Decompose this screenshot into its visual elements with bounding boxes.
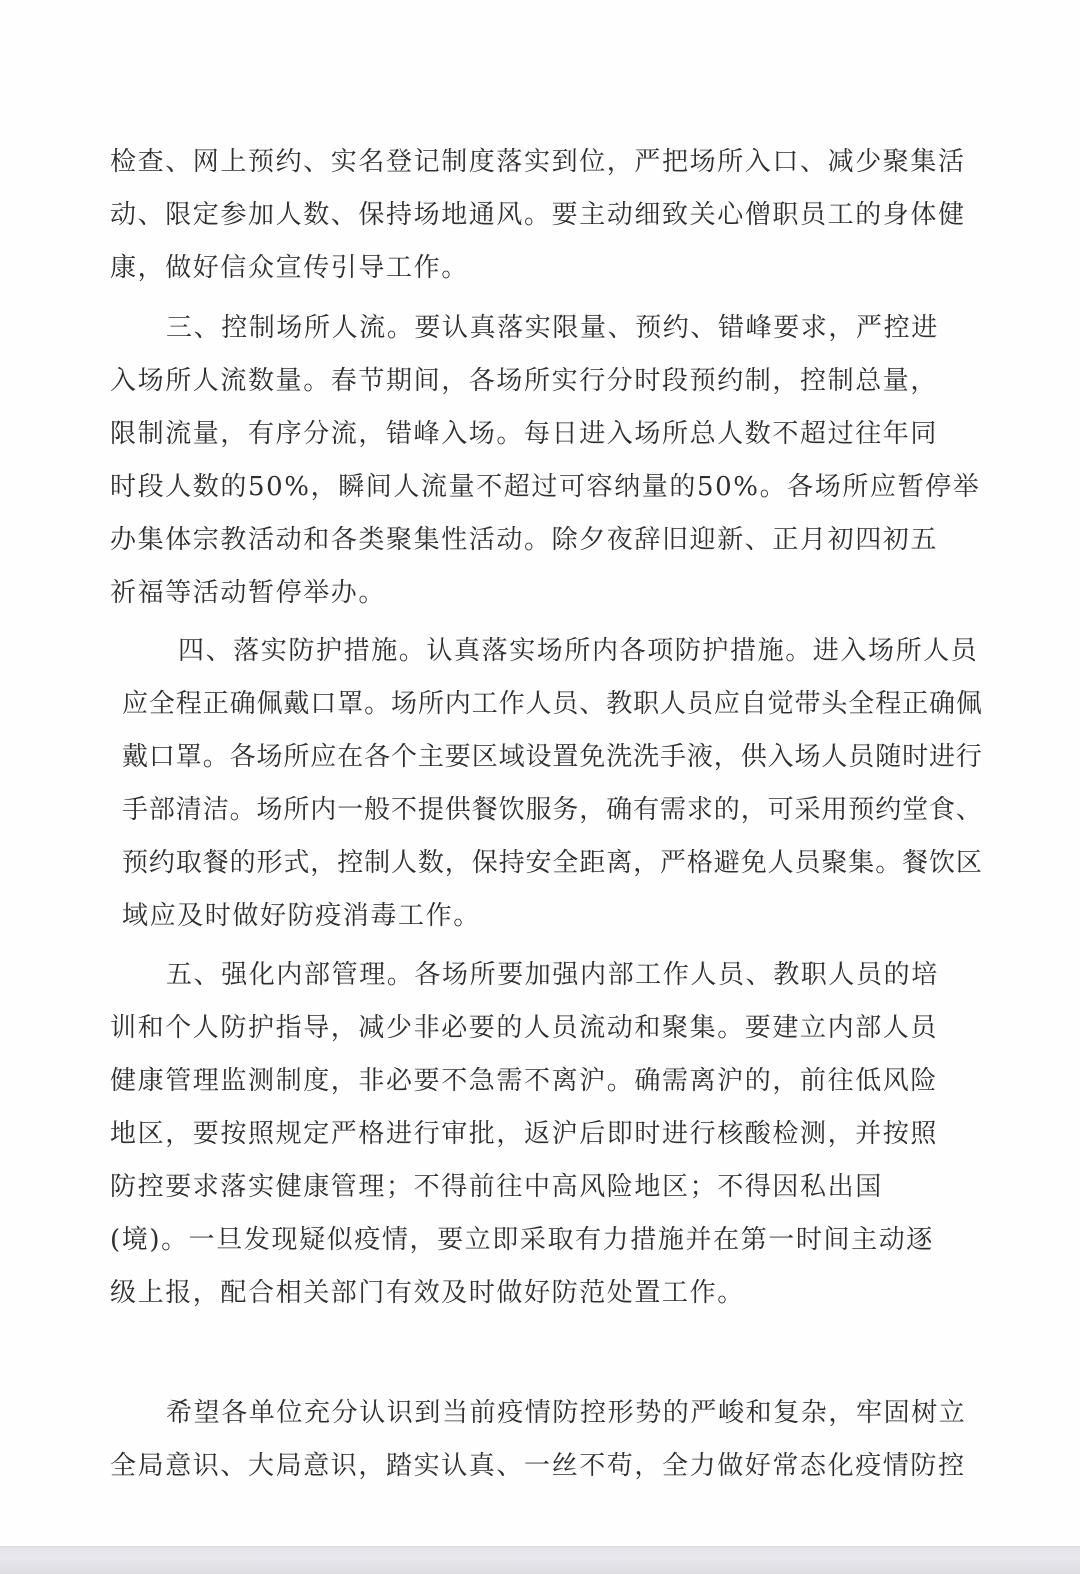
paragraph-line: 祈福等活动暂停举办。 xyxy=(110,576,386,610)
paragraph-line: 动、限定参加人数、保持场地通风。要主动细致关心僧职员工的身体健 xyxy=(110,198,966,232)
closing-first-line: 希望各单位充分认识到当前疫情防控形势的严峻和复杂，牢固树立 xyxy=(166,1396,966,1430)
paragraph-line: 办集体宗教活动和各类聚集性活动。除夕夜辞旧迎新、正月初四初五 xyxy=(110,523,938,557)
paragraph-line: 检查、网上预约、实名登记制度落实到位，严把场所入口、减少聚集活 xyxy=(110,145,966,179)
paragraph-line: 戴口罩。各场所应在各个主要区域设置免洗洗手液，供入场人员随时进行 xyxy=(122,740,983,774)
paragraph-line: 全局意识、大局意识，踏实认真、一丝不苟，全力做好常态化疫情防控 xyxy=(110,1449,966,1483)
paragraph-line: 时段人数的50%，瞬间人流量不超过可容纳量的50%。各场所应暂停举 xyxy=(110,470,980,504)
paragraph-line: 入场所人流数量。春节期间，各场所实行分时段预约制，控制总量， xyxy=(110,364,938,398)
paragraph-line: 预约取餐的形式，控制人数，保持安全距离，严格避免人员聚集。餐饮区 xyxy=(122,846,983,880)
paragraph-line: 训和个人防护指导，减少非必要的人员流动和聚集。要建立内部人员 xyxy=(110,1011,938,1045)
paragraph-line: 康，做好信众宣传引导工作。 xyxy=(110,251,469,285)
paragraph-line: 手部清洁。场所内一般不提供餐饮服务，确有需求的，可采用预约堂食、 xyxy=(122,793,983,827)
page-bottom-bar xyxy=(0,1546,1080,1574)
paragraph-line: (境)。一旦发现疑似疫情，要立即采取有力措施并在第一时间主动逐 xyxy=(110,1223,934,1257)
paragraph-line: 域应及时做好防疫消毒工作。 xyxy=(122,899,481,933)
paragraph-line: 地区，要按照规定严格进行审批，返沪后即时进行核酸检测，并按照 xyxy=(110,1117,938,1151)
section-5-first-line: 五、强化内部管理。各场所要加强内部工作人员、教职人员的培 xyxy=(166,958,939,992)
section-4-first-line: 四、落实防护措施。认真落实场所内各项防护措施。进入场所人员 xyxy=(178,634,978,668)
document-page: 检查、网上预约、实名登记制度落实到位，严把场所入口、减少聚集活 动、限定参加人数… xyxy=(0,0,1080,1546)
section-3-first-line: 三、控制场所人流。要认真落实限量、预约、错峰要求，严控进 xyxy=(166,311,939,345)
paragraph-line: 级上报，配合相关部门有效及时做好防范处置工作。 xyxy=(110,1276,745,1310)
paragraph-line: 限制流量，有序分流，错峰入场。每日进入场所总人数不超过往年同 xyxy=(110,417,938,451)
paragraph-line: 应全程正确佩戴口罩。场所内工作人员、教职人员应自觉带头全程正确佩 xyxy=(122,687,983,721)
paragraph-line: 健康管理监测制度，非必要不急需不离沪。确需离沪的，前往低风险 xyxy=(110,1064,938,1098)
paragraph-line: 防控要求落实健康管理；不得前往中高风险地区；不得因私出国 xyxy=(110,1170,883,1204)
